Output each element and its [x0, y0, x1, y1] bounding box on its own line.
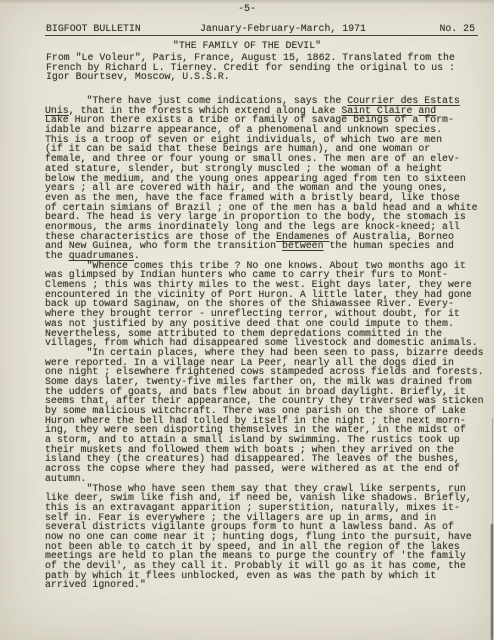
paragraph-4: "Those who have seen them say that they …	[45, 484, 484, 591]
scan-right-edge-line	[492, 418, 494, 526]
page-number: -5-	[0, 3, 494, 14]
scanned-bulletin-page: -5- BIGFOOT BULLETIN January-February-Ma…	[0, 0, 494, 640]
article-source-note: From "Le Voleur", Paris, France, August …	[46, 53, 455, 82]
paragraph-1: "There have just come indications, says …	[45, 96, 484, 261]
bulletin-issue-number: No. 25	[439, 23, 475, 34]
text-line: Igor Bourtsev, Moscow, U.S.S.R.	[46, 72, 455, 82]
bulletin-title: BIGFOOT BULLETIN	[46, 23, 141, 34]
scan-right-edge-artifact	[491, 524, 494, 640]
bulletin-date: January-February-March, 1971	[200, 23, 366, 34]
paragraph-2: "Whence comes this tribe ? No one knows.…	[45, 261, 484, 348]
bulletin-header: BIGFOOT BULLETIN January-February-March,…	[45, 22, 478, 36]
article-body: "There have just come indications, says …	[45, 96, 484, 590]
text-line: arrived ignored."	[45, 580, 484, 590]
text-line: across the copse where they had passed, …	[45, 464, 484, 474]
paragraph-3: "In certain places, where they had been …	[45, 348, 484, 484]
article-title: "THE FAMILY OF THE DEVIL"	[0, 41, 494, 51]
